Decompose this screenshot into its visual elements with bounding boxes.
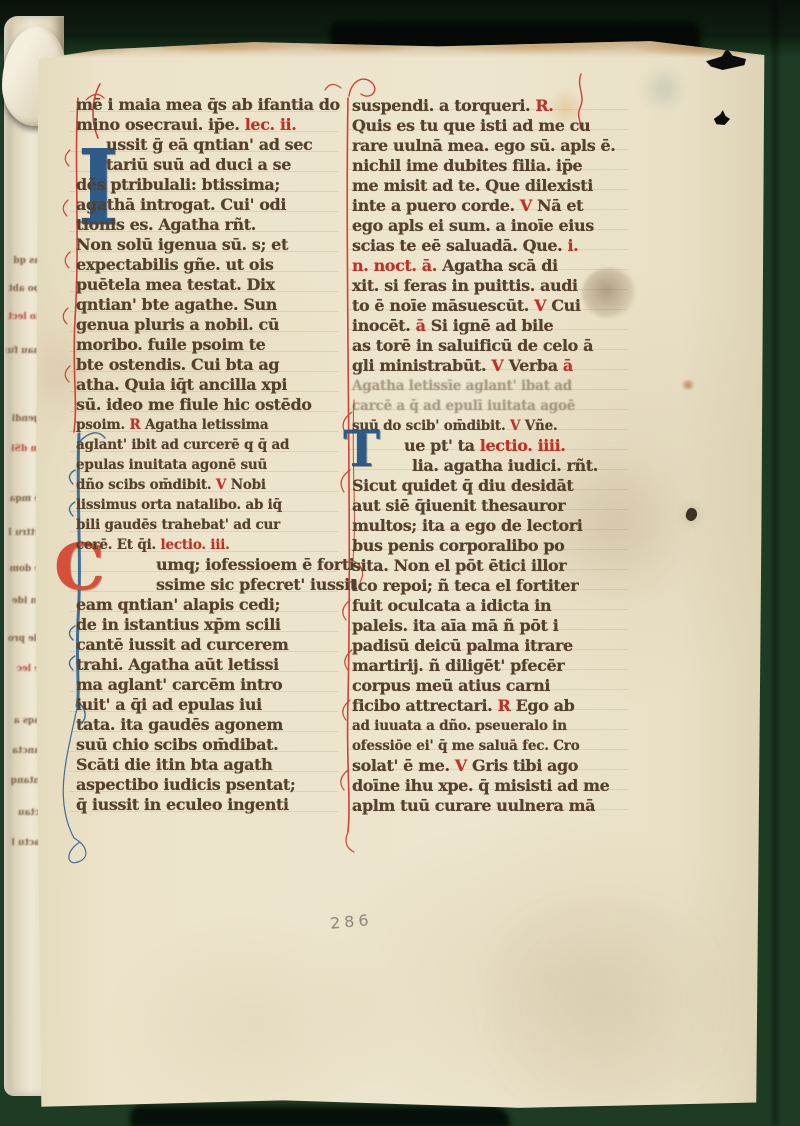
manuscript-text-line: bili gaudēs trahebat' ad cur (76, 515, 338, 535)
body-text: tionis es. Agatha rñt. (76, 215, 256, 234)
body-text: aspectibo iudicis psentat; (76, 775, 295, 794)
body-text: dño scibs om̄dibit. (76, 477, 216, 493)
body-text: mē i maia mea q̄s ab ifantia do (76, 95, 340, 114)
rubric-text: V (216, 477, 231, 493)
body-text: iuit' a q̄i ad epulas iui (76, 695, 262, 714)
manuscript-text-line: iuit' a q̄i ad epulas iui (76, 695, 338, 715)
body-text: mino osecraui. ip̄e. (76, 115, 245, 134)
body-text: nichil ime dubites filia. ip̄e (352, 156, 582, 175)
edge-text-fragment: e lec (6, 664, 40, 674)
manuscript-text-line: multos; ita a ego de lectori (352, 516, 628, 536)
body-text: Gris tibi ago (472, 756, 578, 775)
body-text: martirij. ñ diligēt' pfecēr (352, 656, 564, 675)
body-text: de in istantius xp̄m scili (76, 615, 281, 634)
body-text: Scāti die itin bta agath (76, 755, 272, 774)
manuscript-text-line: umq; iofessioem ē forti (76, 555, 338, 575)
rubric-text: lectio. iii. (161, 537, 230, 553)
manuscript-text-line: gli ministrabūt. V Verba ā (352, 356, 628, 376)
rubric-text: V (491, 356, 508, 375)
body-text: xit. si feras in puittis. audi (352, 276, 578, 295)
edge-text-fragment: de pro (6, 634, 40, 644)
body-text: aplm tuū curare uulnera mā (352, 796, 595, 815)
rubric-text: lectio. iiii. (480, 436, 566, 455)
body-text: lia. agatha iudici. rñt. (412, 456, 598, 475)
manuscript-text-line: tariū suū ad duci a se (76, 155, 338, 175)
manuscript-text-line: ico repoi; ñ teca el fortiter (352, 576, 628, 596)
body-text: solat' ē me. (352, 756, 455, 775)
manuscript-text-line: ussit ḡ eā qntian' ad sec (76, 135, 338, 155)
manuscript-text-line: cantē iussit ad curcerem (76, 635, 338, 655)
body-text: padisū deicū palma itrare (352, 636, 573, 655)
manuscript-text-line: ssime sic pfecret' iussit (76, 575, 338, 595)
manuscript-text-line: Quis es tu que isti ad me cu (352, 116, 628, 136)
photo-background: { "page": { "folio_number": "286", "back… (0, 0, 800, 1126)
body-text: agathā introgat. Cui' odi (76, 195, 286, 214)
body-text: corpus meū atius carni (352, 676, 550, 695)
manuscript-text-line: q̄ iussit in eculeo ingenti (76, 795, 338, 815)
folio-number-pencil: 286 (329, 910, 373, 933)
body-text: Si ignē ad bile (431, 316, 554, 335)
right-text-column: suspendi. a torqueri. R.Quis es tu que i… (352, 96, 628, 816)
body-text: inocēt. (352, 316, 416, 335)
manuscript-text-line: trahi. Agatha aūt letissi (76, 655, 338, 675)
body-text: tata. ita gaudēs agonem (76, 715, 283, 734)
manuscript-text-line: moribo. fuile psoim te (76, 335, 338, 355)
rubric-text: V (534, 296, 551, 315)
manuscript-text-line: inocēt. ā Si ignē ad bile (352, 316, 628, 336)
manuscript-text-line: solat' ē me. V Gris tibi ago (352, 756, 628, 776)
body-text: trahi. Agatha aūt letissi (76, 655, 279, 674)
manuscript-text-line: Scāti die itin bta agath (76, 755, 338, 775)
body-text: Sicut quidet q̄ diu desidāt (352, 476, 573, 495)
rubric-text: n. noct. ā. (352, 256, 442, 275)
body-text: ue pt' ta (404, 436, 480, 455)
manuscript-text-line: lia. agatha iudici. rñt. (352, 456, 628, 476)
body-text: aut siē q̄iuenit thesauror (352, 496, 565, 515)
body-text: Verba (509, 356, 563, 375)
manuscript-text-line: n. noct. ā. Agatha scā di (352, 256, 628, 276)
manuscript-text-line: scias te eē saluadā. Que. i. (352, 236, 628, 256)
manuscript-text-line: ad iuuata a dño. pseueralo in (352, 716, 628, 736)
manuscript-text-line: mē i maia mea q̄s ab ifantia do (76, 95, 338, 115)
manuscript-text-line: padisū deicū palma itrare (352, 636, 628, 656)
body-text: psoim. (76, 417, 129, 433)
manuscript-text-line: rare uulnā mea. ego sū. apls ē. (352, 136, 628, 156)
rubric-text: i. (567, 236, 578, 255)
manuscript-text-line: genua pluris a nobil. cū (76, 315, 338, 335)
rubric-text: V (510, 418, 525, 434)
rust-spot (680, 380, 696, 390)
rubric-text: R (129, 417, 145, 433)
body-text: aglant' ibit ad curcerē q q̄ ad (76, 437, 289, 453)
edge-text-fragment: ancta (6, 746, 40, 756)
manuscript-text-line: cerē. Et q̄i. lectio. iii. (76, 535, 338, 555)
body-text: me misit ad te. Que dilexisti (352, 176, 593, 195)
body-text: ficibo attrectari. (352, 696, 498, 715)
body-text: tariū suū ad duci a se (106, 155, 291, 174)
rubric-text: lec. ii. (245, 115, 297, 134)
manuscript-text-line: lissimus orta natalibo. ab iq̄ (76, 495, 338, 515)
body-text: Quis es tu que isti ad me cu (352, 116, 590, 135)
edge-text-fragment: ctau (6, 808, 40, 818)
body-text: eam qntian' alapis cedi; (76, 595, 280, 614)
manuscript-text-line: mino osecraui. ip̄e. lec. ii. (76, 115, 338, 135)
body-text: fuit oculcata a idicta in (352, 596, 551, 615)
manuscript-text-line: eam qntian' alapis cedi; (76, 595, 338, 615)
body-text: sū. ideo me fiule hic ostēdo (76, 395, 312, 414)
rubric-text: R. (535, 96, 553, 115)
manuscript-text-line: to ē noīe māsuescūt. V Cui (352, 296, 628, 316)
body-text: puētela mea testat. Dix (76, 275, 275, 294)
body-text: Cui (551, 296, 580, 315)
body-text: to ē noīe māsuescūt. (352, 296, 534, 315)
manuscript-text-line: ofessiōe ei' q̄ me saluā fec. Cro (352, 736, 628, 756)
backdrop-right-seam (772, 0, 778, 1126)
body-text: as torē in saluificū de celo ā (352, 336, 593, 355)
edge-text-fragment: m dSi (6, 444, 40, 454)
body-text: bus penis corporalibo po (352, 536, 564, 555)
ink-blot-mark-small (712, 110, 730, 125)
body-text: paleis. ita aīa mā ñ pōt i (352, 616, 558, 635)
manuscript-text-line: aspectibo iudicis psentat; (76, 775, 338, 795)
manuscript-text-line: bte ostendis. Cui bta ag (76, 355, 338, 375)
edge-text-fragment: nau fur (6, 346, 40, 356)
manuscript-text-line: suspendi. a torqueri. R. (352, 96, 628, 116)
body-text: q̄ iussit in eculeo ingenti (76, 795, 289, 814)
manuscript-text-line: xit. si feras in puittis. audi (352, 276, 628, 296)
body-text: suū do scib' om̄dibit. (352, 418, 510, 434)
body-text: cerē. Et q̄i. (76, 537, 161, 553)
body-text: gli ministrabūt. (352, 356, 491, 375)
body-text: dēs ptribulali: btissima; (76, 175, 280, 194)
body-text: ussit ḡ eā qntian' ad sec (106, 135, 312, 154)
edge-text-fragment: actu l (6, 838, 40, 848)
manuscript-text-line: aut siē q̄iuenit thesauror (352, 496, 628, 516)
body-text: Agatha letissīe aglant' ibat ad (352, 378, 572, 394)
edge-text-fragment: e dom (6, 564, 40, 574)
body-text: bili gaudēs trahebat' ad cur (76, 517, 280, 533)
manuscript-text-line: qntian' bte agathe. Sun (76, 295, 338, 315)
body-text: ego apls ei sum. a inoīe eius (352, 216, 594, 235)
manuscript-text-line: psoim. R Agatha letissima (76, 415, 338, 435)
manuscript-text-line: suū do scib' om̄dibit. V Vñe. (352, 416, 628, 436)
body-text: carcē a q̄ ad epulī iuitata agoē (352, 398, 575, 414)
edge-text-fragment: po abt (6, 284, 40, 294)
body-text: Agatha scā di (442, 256, 558, 275)
manuscript-text-line: inte a puero corde. V Nā et (352, 196, 628, 216)
body-text: ad iuuata a dño. pseueralo in (352, 718, 567, 734)
rubric-text: V (520, 196, 537, 215)
body-text: sita. Non el pōt ētici illor (352, 556, 566, 575)
manuscript-text-line: agathā introgat. Cui' odi (76, 195, 338, 215)
manuscript-text-line: tionis es. Agatha rñt. (76, 215, 338, 235)
manuscript-text-line: paleis. ita aīa mā ñ pōt i (352, 616, 628, 636)
body-text: qntian' bte agathe. Sun (76, 295, 277, 314)
body-text: umq; iofessioem ē forti (156, 555, 355, 574)
edge-text-fragment: aqs a (6, 716, 40, 726)
body-text: multos; ita a ego de lectori (352, 516, 582, 535)
body-text: Nobi (231, 477, 266, 493)
manuscript-text-line: epulas inuitata agonē suū (76, 455, 338, 475)
body-text: expectabilis gñe. ut ois (76, 255, 273, 274)
manuscript-text-line: tata. ita gaudēs agonem (76, 715, 338, 735)
body-text: Non solū igenua sū. s; et (76, 235, 288, 254)
manuscript-text-line: expectabilis gñe. ut ois (76, 255, 338, 275)
manuscript-text-line: atha. Quia iq̄t ancilla xpi (76, 375, 338, 395)
manuscript-text-line: suū chio scibs om̄dibat. (76, 735, 338, 755)
edge-text-fragment: to lect (6, 312, 40, 322)
rubric-text: R (498, 696, 516, 715)
edge-text-fragment: ntanq (6, 776, 40, 786)
rubric-text: V (455, 756, 472, 775)
manuscript-text-line: aglant' ibit ad curcerē q q̄ ad (76, 435, 338, 455)
body-text: doīne ihu xpe. q̄ misisti ad me (352, 776, 609, 795)
edge-text-fragment: cttru l (6, 528, 40, 538)
body-text: Ego ab (516, 696, 575, 715)
manuscript-text-line: ue pt' ta lectio. iiii. (352, 436, 628, 456)
edge-text-fragment: as qd (6, 256, 40, 266)
body-text: suspendi. a torqueri. (352, 96, 535, 115)
body-text: suū chio scibs om̄dibat. (76, 735, 278, 754)
manuscript-text-line: nichil ime dubites filia. ip̄e (352, 156, 628, 176)
body-text: epulas inuitata agonē suū (76, 457, 267, 473)
manuscript-text-line: me misit ad te. Que dilexisti (352, 176, 628, 196)
body-text: ico repoi; ñ teca el fortiter (352, 576, 578, 595)
body-text: bte ostendis. Cui bta ag (76, 355, 279, 374)
body-text: Vñe. (525, 418, 558, 434)
manuscript-text-line: Agatha letissīe aglant' ibat ad (352, 376, 628, 396)
manuscript-text-line: Non solū igenua sū. s; et (76, 235, 338, 255)
body-text: lissimus orta natalibo. ab iq̄ (76, 497, 282, 513)
body-text: ssime sic pfecret' iussit (156, 575, 357, 594)
manuscript-page: I C T mē i maia mea q̄s ab ifantia domin… (34, 40, 768, 1110)
manuscript-text-line: puētela mea testat. Dix (76, 275, 338, 295)
body-text: Agatha letissima (145, 417, 268, 433)
manuscript-text-line: fuit oculcata a idicta in (352, 596, 628, 616)
body-text: scias te eē saluadā. Que. (352, 236, 567, 255)
edge-text-fragment: gendi (6, 414, 40, 424)
left-text-column: mē i maia mea q̄s ab ifantia domino osec… (76, 95, 338, 815)
rubric-text: ā (416, 316, 431, 335)
body-text: Nā et (537, 196, 583, 215)
edge-text-fragment: e mqa (6, 494, 40, 504)
body-text: atha. Quia iq̄t ancilla xpi (76, 375, 287, 394)
teal-smudge (642, 64, 686, 114)
rubric-text: ā (563, 356, 573, 375)
dark-speck (684, 507, 699, 523)
body-text: ofessiōe ei' q̄ me saluā fec. Cro (352, 738, 580, 754)
manuscript-text-line: ficibo attrectari. R Ego ab (352, 696, 628, 716)
manuscript-text-line: dño scibs om̄dibit. V Nobi (76, 475, 338, 495)
manuscript-text-line: sū. ideo me fiule hic ostēdo (76, 395, 338, 415)
body-text: genua pluris a nobil. cū (76, 315, 279, 334)
body-text: moribo. fuile psoim te (76, 335, 265, 354)
body-text: inte a puero corde. (352, 196, 520, 215)
manuscript-text-line: ego apls ei sum. a inoīe eius (352, 216, 628, 236)
edge-text-fragment: m ide (6, 596, 40, 606)
manuscript-text-line: corpus meū atius carni (352, 676, 628, 696)
body-text: rare uulnā mea. ego sū. apls ē. (352, 136, 615, 155)
manuscript-text-line: aplm tuū curare uulnera mā (352, 796, 628, 816)
manuscript-text-line: carcē a q̄ ad epulī iuitata agoē (352, 396, 628, 416)
manuscript-text-line: dēs ptribulali: btissima; (76, 175, 338, 195)
body-text: ma aglant' carcēm intro (76, 675, 282, 694)
bottom-mottling (454, 900, 754, 1110)
manuscript-text-line: doīne ihu xpe. q̄ misisti ad me (352, 776, 628, 796)
manuscript-text-line: as torē in saluificū de celo ā (352, 336, 628, 356)
manuscript-text-line: martirij. ñ diligēt' pfecēr (352, 656, 628, 676)
manuscript-text-line: de in istantius xp̄m scili (76, 615, 338, 635)
backdrop-bottom-shadow (130, 1106, 510, 1126)
manuscript-text-line: sita. Non el pōt ētici illor (352, 556, 628, 576)
manuscript-text-line: ma aglant' carcēm intro (76, 675, 338, 695)
body-text: cantē iussit ad curcerem (76, 635, 288, 654)
manuscript-text-line: Sicut quidet q̄ diu desidāt (352, 476, 628, 496)
manuscript-text-line: bus penis corporalibo po (352, 536, 628, 556)
